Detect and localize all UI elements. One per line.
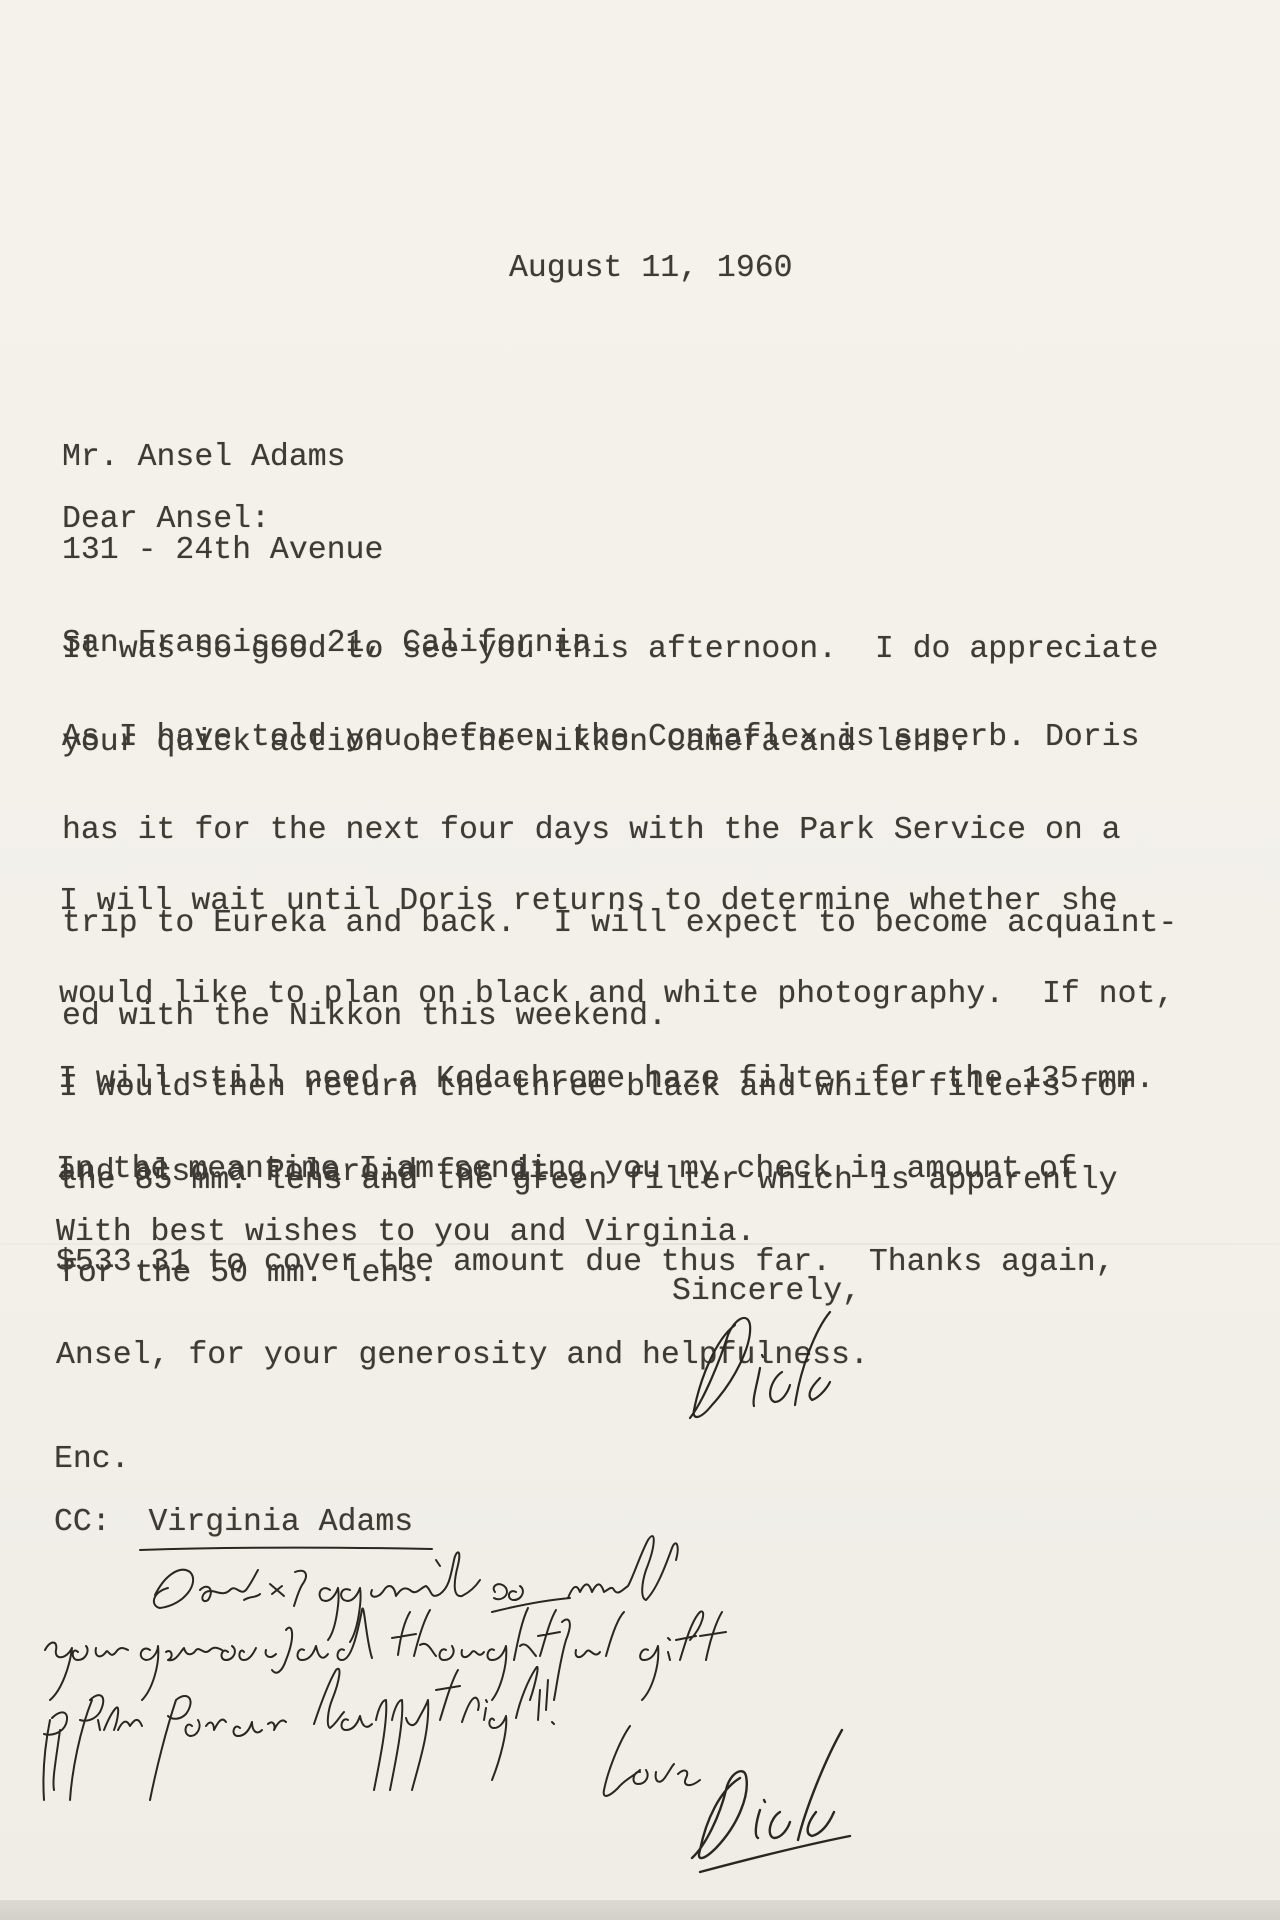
- text-line: I will still need a Kodachrome haze filt…: [58, 1064, 1154, 1095]
- address-line: Mr. Ansel Adams: [62, 442, 591, 473]
- text-line: $533.31 to cover the amount due thus far…: [56, 1247, 1115, 1278]
- cc-notation: CC: Virginia Adams: [54, 1507, 413, 1538]
- text-line: I will wait until Doris returns to deter…: [59, 886, 1174, 917]
- text-line: In the meantime I am sending you my chec…: [56, 1154, 1115, 1185]
- enclosure-notation: Enc.: [54, 1444, 130, 1475]
- cc-label: CC:: [54, 1505, 111, 1540]
- cc-name: Virginia Adams: [149, 1505, 414, 1540]
- salutation: Dear Ansel:: [62, 504, 270, 535]
- text-line: As I have told you before, the Contaflex…: [62, 722, 1177, 753]
- complimentary-close: Sincerely,: [672, 1276, 861, 1307]
- closing-line: With best wishes to you and Virginia.: [56, 1217, 755, 1248]
- paper-bottom-edge: [0, 1900, 1280, 1920]
- address-line: 131 - 24th Avenue: [62, 535, 591, 566]
- text-line: Ansel, for your generosity and helpfulne…: [56, 1340, 1115, 1371]
- cc-gap: [111, 1505, 149, 1540]
- letter-date: August 11, 1960: [509, 253, 793, 284]
